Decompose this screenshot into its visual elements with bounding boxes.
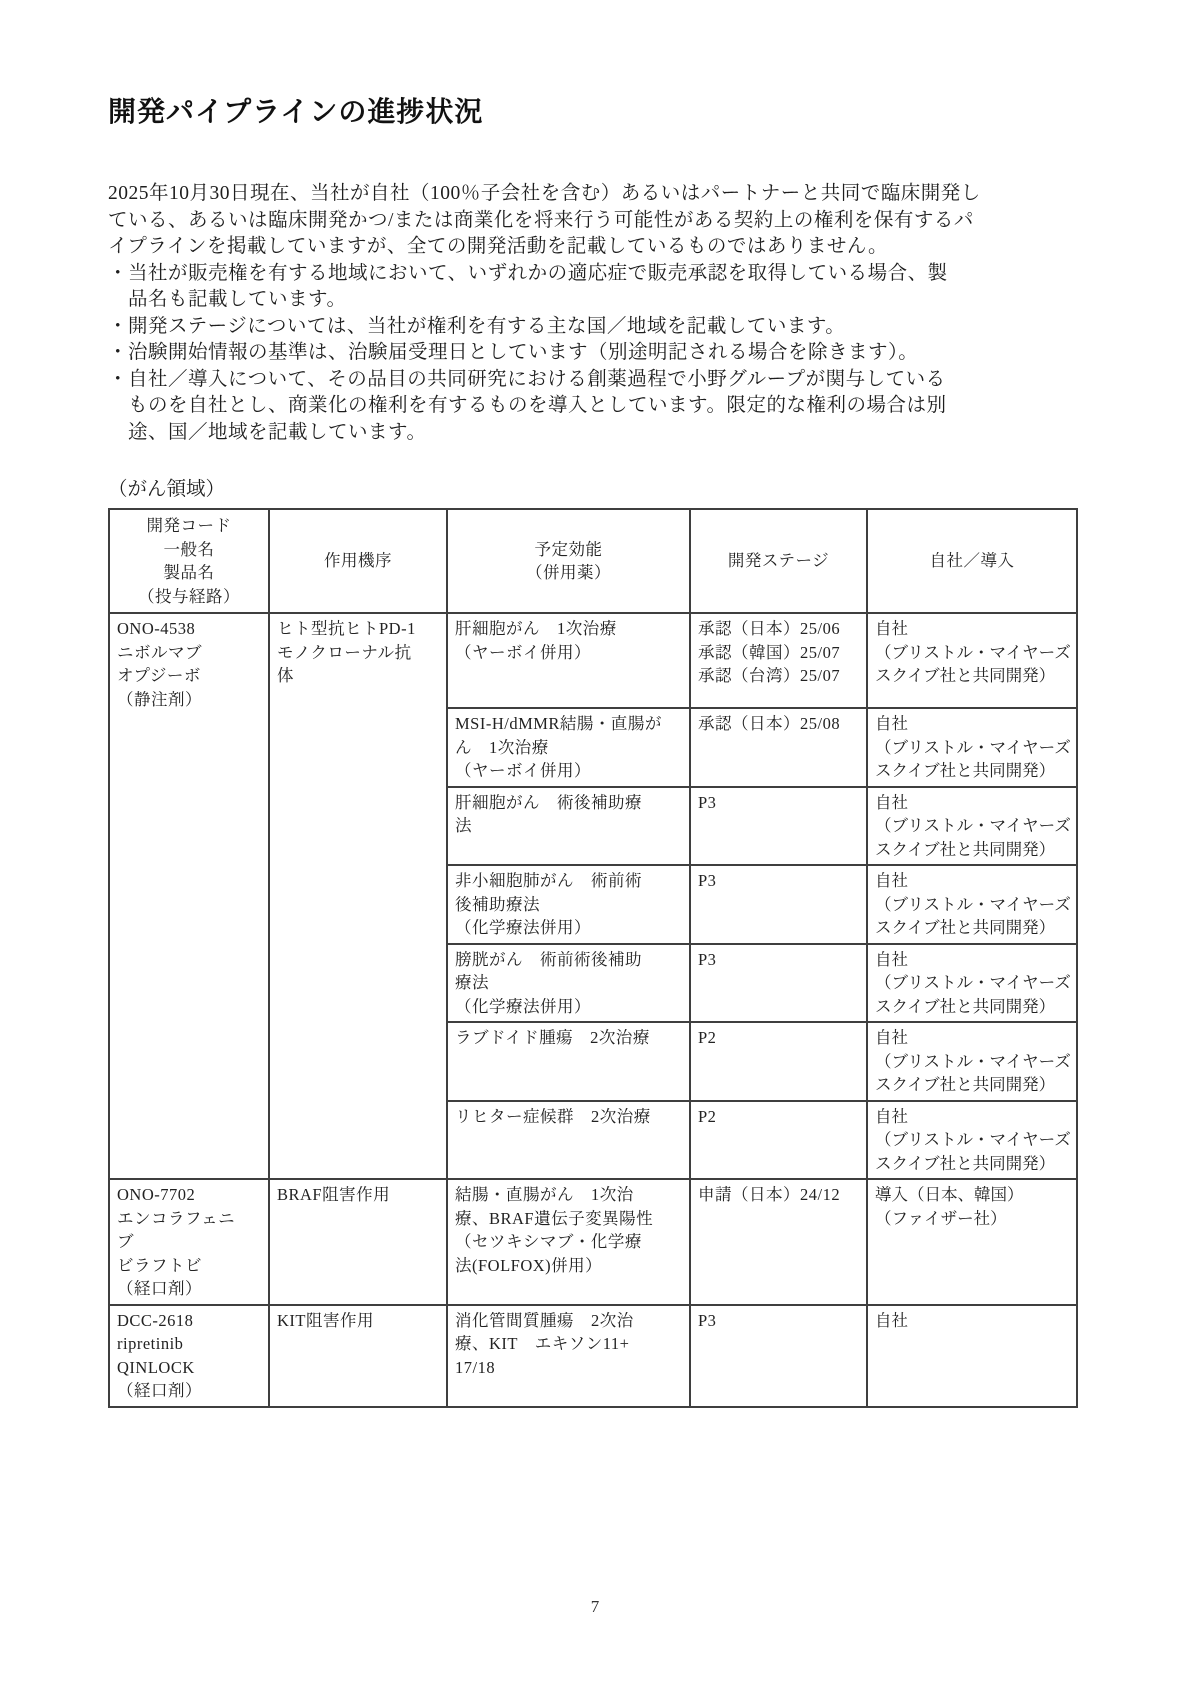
header-line: 予定効能 [450,538,687,562]
cell-indication-line: 肝細胞がん 術後補助療 [455,791,684,815]
page-number: 7 [0,1597,1190,1617]
cell-origin-line: （ブリストル・マイヤーズ [875,1128,1071,1152]
note-line: ものを自社とし、商業化の権利を有するものを導入としています。限定的な権利の場合は… [108,393,1084,420]
note-item: ・開発ステージについては、当社が権利を有する主な国／地域を記載しています。 [108,314,1084,341]
cell-code-line: ripretinib [117,1332,263,1356]
cell-origin-line: 自社 [875,869,1071,893]
table-row: ONO-4538ニボルマブオプジーボ（静注剤）ヒト型抗ヒトPD-1モノクローナル… [109,613,1077,708]
cell-indication-line: 法(FOLFOX)併用） [455,1254,684,1278]
cell-origin-line: スクイブ社と共同開発） [875,1073,1071,1097]
header-line: 作用機序 [272,549,444,573]
cell-stage-line: P3 [698,869,861,893]
cell-indication-line: 療、KIT エキソン11+ [455,1332,684,1356]
table-row: DCC-2618ripretinibQINLOCK（経口剤）KIT阻害作用消化管… [109,1305,1077,1407]
cell-mechanism: BRAF阻害作用 [269,1179,447,1305]
cell-code-line: ビラフトビ [117,1254,263,1278]
cell-code-line: ONO-4538 [117,617,263,641]
cell-indication-line: 非小細胞肺がん 術前術 [455,869,684,893]
cell-code: ONO-7702エンコラフェニブビラフトビ（経口剤） [109,1179,269,1305]
cell-code-line: エンコラフェニ [117,1207,263,1231]
cell-origin: 自社（ブリストル・マイヤーズスクイブ社と共同開発） [867,708,1077,787]
cell-indication: 消化管間質腫瘍 2次治療、KIT エキソン11+17/18 [447,1305,690,1407]
cell-origin-line: 自社 [875,1309,1071,1333]
cell-stage-line: 承認（日本）25/08 [698,712,861,736]
cell-origin-line: （ブリストル・マイヤーズ [875,893,1071,917]
cell-origin-line: 自社 [875,712,1071,736]
intro-line: イプラインを掲載していますが、全ての開発活動を記載しているものではありません。 [108,234,1084,261]
cell-stage: P2 [690,1101,867,1180]
cell-origin-line: スクイブ社と共同開発） [875,838,1071,862]
cell-code-line: ONO-7702 [117,1183,263,1207]
pipeline-table: 開発コード一般名製品名（投与経路）作用機序予定効能（併用薬）開発ステージ自社／導… [108,508,1078,1408]
cell-mechanism-line: モノクローナル抗 [277,641,441,665]
cell-indication-line: 結腸・直腸がん 1次治 [455,1183,684,1207]
cell-stage: P2 [690,1022,867,1101]
cell-code-line: （経口剤） [117,1379,263,1403]
header-mechanism: 作用機序 [269,509,447,613]
page-title: 開発パイプラインの進捗状況 [108,93,1084,130]
cell-indication-line: 後補助療法 [455,893,684,917]
cell-indication-line: 消化管間質腫瘍 2次治 [455,1309,684,1333]
cell-stage-line: P2 [698,1026,861,1050]
cell-indication-line: リヒター症候群 2次治療 [455,1105,684,1129]
header-stage: 開発ステージ [690,509,867,613]
section-label: （がん領域） [108,477,1084,503]
page-content: 開発パイプラインの進捗状況 2025年10月30日現在、当社が自社（100％子会… [108,0,1084,1408]
cell-code: DCC-2618ripretinibQINLOCK（経口剤） [109,1305,269,1407]
cell-stage-line: P3 [698,948,861,972]
cell-origin-line: （ブリストル・マイヤーズ [875,814,1071,838]
cell-mechanism-line: ヒト型抗ヒトPD-1 [277,617,441,641]
note-line: ・治験開始情報の基準は、治験届受理日としています（別途明記される場合を除きます）… [108,340,1084,367]
cell-stage: 承認（日本）25/06承認（韓国）25/07承認（台湾）25/07 [690,613,867,708]
document-page: 開発パイプラインの進捗状況 2025年10月30日現在、当社が自社（100％子会… [0,0,1190,1684]
cell-origin-line: スクイブ社と共同開発） [875,916,1071,940]
cell-indication: 肝細胞がん 術後補助療法 [447,787,690,866]
cell-mechanism-line: BRAF阻害作用 [277,1183,441,1207]
cell-origin: 自社（ブリストル・マイヤーズスクイブ社と共同開発） [867,787,1077,866]
header-line: 製品名 [112,561,266,585]
cell-stage-line: P2 [698,1105,861,1129]
note-line: ・開発ステージについては、当社が権利を有する主な国／地域を記載しています。 [108,314,1084,341]
cell-origin-line: （ブリストル・マイヤーズ [875,1050,1071,1074]
note-item: ・当社が販売権を有する地域において、いずれかの適応症で販売承認を取得している場合… [108,261,1084,314]
cell-indication-line: 法 [455,814,684,838]
cell-origin-line: （ブリストル・マイヤーズ [875,971,1071,995]
cell-origin-line: 導入（日本、韓国） [875,1183,1071,1207]
cell-mechanism-line: 体 [277,664,441,688]
cell-stage: P3 [690,865,867,944]
pipeline-table-header: 開発コード一般名製品名（投与経路）作用機序予定効能（併用薬）開発ステージ自社／導… [109,509,1077,613]
cell-indication-line: 肝細胞がん 1次治療 [455,617,684,641]
cell-origin-line: スクイブ社と共同開発） [875,1152,1071,1176]
cell-stage: 承認（日本）25/08 [690,708,867,787]
cell-indication: 結腸・直腸がん 1次治療、BRAF遺伝子変異陽性（セツキシマブ・化学療法(FOL… [447,1179,690,1305]
header-line: 自社／導入 [870,549,1074,573]
header-origin: 自社／導入 [867,509,1077,613]
cell-indication-line: ラブドイド腫瘍 2次治療 [455,1026,684,1050]
header-code: 開発コード一般名製品名（投与経路） [109,509,269,613]
header-line: （併用薬） [450,561,687,585]
cell-origin-line: 自社 [875,1105,1071,1129]
cell-indication-line: （化学療法併用） [455,995,684,1019]
pipeline-table-body: ONO-4538ニボルマブオプジーボ（静注剤）ヒト型抗ヒトPD-1モノクローナル… [109,613,1077,1407]
cell-code-line: DCC-2618 [117,1309,263,1333]
cell-indication: ラブドイド腫瘍 2次治療 [447,1022,690,1101]
cell-origin-line: 自社 [875,948,1071,972]
cell-indication-line: 17/18 [455,1356,684,1380]
cell-stage: 申請（日本）24/12 [690,1179,867,1305]
header-line: （投与経路） [112,585,266,609]
cell-indication-line: MSI-H/dMMR結腸・直腸が [455,712,684,736]
cell-origin-line: 自社 [875,617,1071,641]
cell-indication-line: 膀胱がん 術前術後補助 [455,948,684,972]
cell-code-line: ニボルマブ [117,641,263,665]
cell-code: ONO-4538ニボルマブオプジーボ（静注剤） [109,613,269,1179]
cell-code-line: ブ [117,1230,263,1254]
cell-indication-line: （ヤーボイ併用） [455,759,684,783]
cell-origin: 自社（ブリストル・マイヤーズスクイブ社と共同開発） [867,1022,1077,1101]
cell-mechanism: KIT阻害作用 [269,1305,447,1407]
cell-origin-line: スクイブ社と共同開発） [875,995,1071,1019]
note-item: ・自社／導入について、その品目の共同研究における創薬過程で小野グループが関与して… [108,367,1084,447]
cell-origin-line: （ブリストル・マイヤーズ [875,736,1071,760]
cell-code-line: オプジーボ [117,664,263,688]
cell-indication-line: （化学療法併用） [455,916,684,940]
cell-origin: 導入（日本、韓国）（ファイザー社） [867,1179,1077,1305]
cell-origin-line: 自社 [875,1026,1071,1050]
cell-indication: 非小細胞肺がん 術前術後補助療法（化学療法併用） [447,865,690,944]
intro-line: ている、あるいは臨床開発かつ/または商業化を将来行う可能性がある契約上の権利を保… [108,208,1084,235]
note-line: ・自社／導入について、その品目の共同研究における創薬過程で小野グループが関与して… [108,367,1084,394]
cell-mechanism-line: KIT阻害作用 [277,1309,441,1333]
cell-stage-line: P3 [698,791,861,815]
cell-stage: P3 [690,1305,867,1407]
cell-stage: P3 [690,787,867,866]
cell-origin-line: 自社 [875,791,1071,815]
header-line: 一般名 [112,538,266,562]
note-item: ・治験開始情報の基準は、治験届受理日としています（別途明記される場合を除きます）… [108,340,1084,367]
cell-indication: 肝細胞がん 1次治療（ヤーボイ併用） [447,613,690,708]
cell-indication-line: （ヤーボイ併用） [455,641,684,665]
cell-origin-line: スクイブ社と共同開発） [875,759,1071,783]
cell-indication-line: 療、BRAF遺伝子変異陽性 [455,1207,684,1231]
notes-list: ・当社が販売権を有する地域において、いずれかの適応症で販売承認を取得している場合… [108,261,1084,447]
cell-stage: P3 [690,944,867,1023]
cell-origin: 自社（ブリストル・マイヤーズスクイブ社と共同開発） [867,1101,1077,1180]
note-line: 途、国／地域を記載しています。 [108,420,1084,447]
note-line: ・当社が販売権を有する地域において、いずれかの適応症で販売承認を取得している場合… [108,261,1084,288]
table-row: ONO-7702エンコラフェニブビラフトビ（経口剤）BRAF阻害作用結腸・直腸が… [109,1179,1077,1305]
cell-stage-line: 承認（日本）25/06 [698,617,861,641]
cell-indication: MSI-H/dMMR結腸・直腸がん 1次治療（ヤーボイ併用） [447,708,690,787]
cell-indication-line: （セツキシマブ・化学療 [455,1230,684,1254]
cell-indication-line: ん 1次治療 [455,736,684,760]
cell-origin-line: スクイブ社と共同開発） [875,664,1071,688]
cell-origin: 自社 [867,1305,1077,1407]
intro-line: 2025年10月30日現在、当社が自社（100％子会社を含む）あるいはパートナー… [108,181,1084,208]
cell-indication: 膀胱がん 術前術後補助療法（化学療法併用） [447,944,690,1023]
note-line: 品名も記載しています。 [108,287,1084,314]
header-line: 開発ステージ [693,549,864,573]
cell-code-line: QINLOCK [117,1356,263,1380]
cell-code-line: （静注剤） [117,688,263,712]
cell-origin-line: （ブリストル・マイヤーズ [875,641,1071,665]
header-line: 開発コード [112,514,266,538]
cell-origin-line: （ファイザー社） [875,1207,1071,1231]
cell-stage-line: 承認（台湾）25/07 [698,664,861,688]
cell-indication: リヒター症候群 2次治療 [447,1101,690,1180]
cell-stage-line: 申請（日本）24/12 [698,1183,861,1207]
cell-code-line: （経口剤） [117,1277,263,1301]
cell-indication-line: 療法 [455,971,684,995]
cell-origin: 自社（ブリストル・マイヤーズスクイブ社と共同開発） [867,865,1077,944]
cell-origin: 自社（ブリストル・マイヤーズスクイブ社と共同開発） [867,944,1077,1023]
cell-stage-line: 承認（韓国）25/07 [698,641,861,665]
intro-paragraph: 2025年10月30日現在、当社が自社（100％子会社を含む）あるいはパートナー… [108,181,1084,261]
cell-origin: 自社（ブリストル・マイヤーズスクイブ社と共同開発） [867,613,1077,708]
cell-stage-line: P3 [698,1309,861,1333]
cell-mechanism: ヒト型抗ヒトPD-1モノクローナル抗体 [269,613,447,1179]
header-indication: 予定効能（併用薬） [447,509,690,613]
